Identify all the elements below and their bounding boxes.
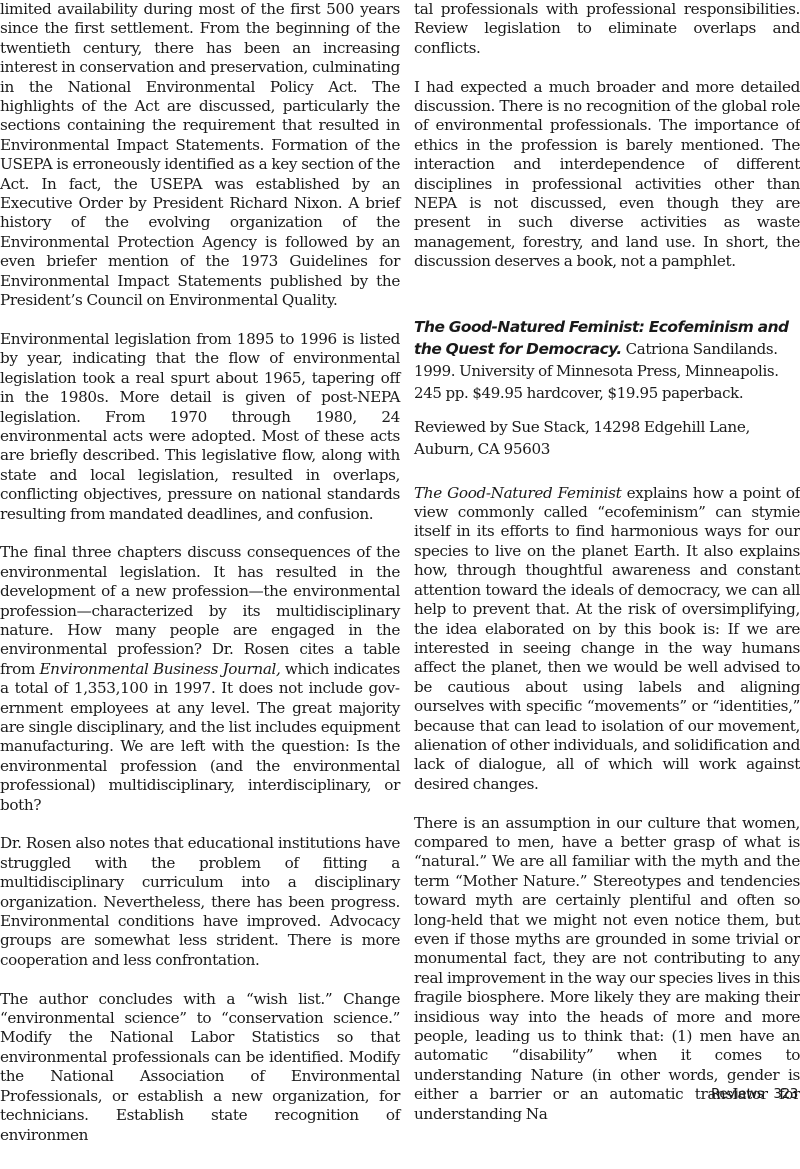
right-column: tal professionals with professional resp…: [414, 0, 800, 1143]
paragraph-text: explains how a point of view commonly ca…: [414, 484, 800, 793]
paragraph-educational-institutions: Dr. Rosen also notes that educational in…: [0, 834, 400, 970]
running-section-title: Reviews: [711, 1086, 763, 1102]
page-footer: Reviews323: [711, 1086, 798, 1102]
paragraph-review-assumption: There is an assumption in our culture th…: [414, 814, 800, 1125]
paragraph-wish-list: The author concludes with a “wish list.”…: [0, 990, 400, 1145]
paragraph-wish-list-continued: tal professionals with professional resp…: [414, 0, 800, 58]
book-citation: The Good-Natured Feminist: Ecofeminism a…: [414, 316, 800, 404]
journal-title: Environmental Business Journal,: [39, 660, 280, 678]
paragraph-text: which in­dicates a total of 1,353,100 in…: [0, 660, 400, 814]
left-column: limited availability during most of the …: [0, 0, 400, 1145]
paragraph-nepa-history: limited availability during most of the …: [0, 0, 400, 311]
paragraph-review-intro: The Good-Natured Feminist explains how a…: [414, 484, 800, 795]
page-number: 323: [773, 1086, 798, 1102]
paragraph-reviewer-critique: I had expected a much broader and more d…: [414, 78, 800, 272]
paragraph-environmental-profession: The final three chapters discuss consequ…: [0, 543, 400, 815]
reviewer-byline: Reviewed by Sue Stack, 14298 Edgehill La…: [414, 416, 800, 460]
book-title-inline: The Good-Natured Feminist: [414, 484, 621, 502]
paragraph-text: The final three chapters discuss consequ…: [0, 543, 400, 677]
paragraph-legislation-list: Environmental legislation from 1895 to 1…: [0, 330, 400, 524]
